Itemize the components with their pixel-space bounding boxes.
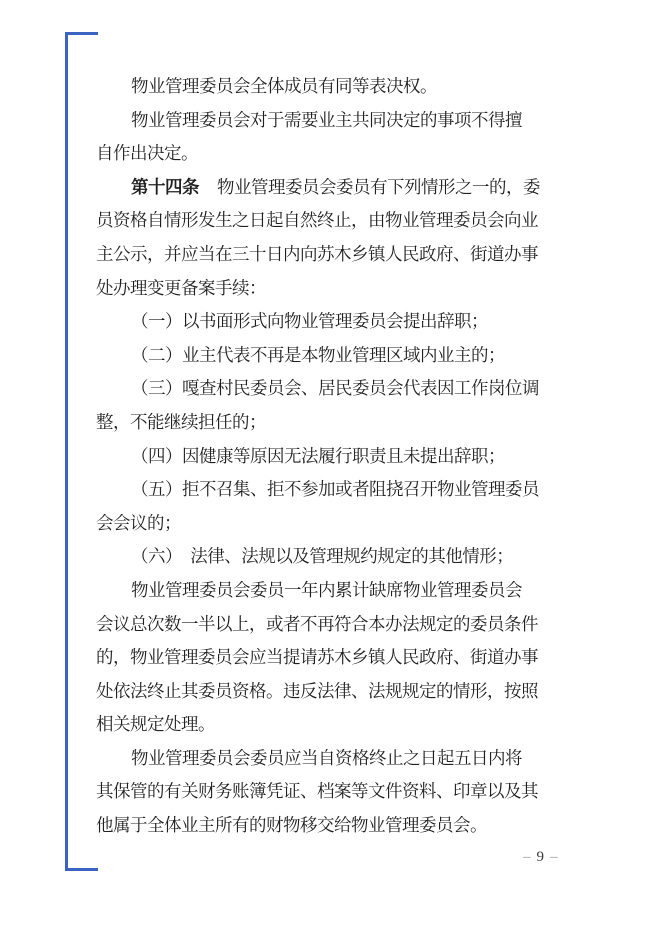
document-line: 第十四条物业管理委员会委员有下列情形之一的，委: [96, 171, 540, 205]
document-line: 他属于全体业主所有的财物移交给物业管理委员会。: [96, 809, 540, 843]
document-line: 物业管理委员会委员应当自资格终止之日起五日内将: [96, 742, 540, 776]
document-line: 的，物业管理委员会应当提请苏木乡镇人民政府、街道办事: [96, 641, 540, 675]
document-line: （三）嘎查村民委员会、居民委员会代表因工作岗位调: [96, 372, 540, 406]
document-line: 会会议的；: [96, 507, 540, 541]
scan-frame-bottom-tick: [65, 868, 98, 871]
page-number-left-dash: –: [518, 849, 537, 865]
document-line: 自作出决定。: [96, 137, 540, 171]
document-text-block: 物业管理委员会全体成员有同等表决权。物业管理委员会对于需要业主共同决定的事项不得…: [96, 70, 540, 843]
page-number-right-dash: –: [545, 849, 564, 865]
document-line: 其保管的有关财务账簿凭证、档案等文件资料、印章以及其: [96, 775, 540, 809]
page-number-value: 9: [537, 849, 546, 865]
document-line: 物业管理委员会对于需要业主共同决定的事项不得擅: [96, 104, 540, 138]
document-line: 物业管理委员会委员一年内累计缺席物业管理委员会: [96, 574, 540, 608]
document-line: 整，不能继续担任的；: [96, 406, 540, 440]
document-line: 主公示，并应当在三十日内向苏木乡镇人民政府、街道办事: [96, 238, 540, 272]
document-line: 物业管理委员会全体成员有同等表决权。: [96, 70, 540, 104]
document-line: 处办理变更备案手续：: [96, 272, 540, 306]
page-number: –9–: [518, 849, 578, 866]
document-line: 员资格自情形发生之日起自然终止，由物业管理委员会向业: [96, 204, 540, 238]
document-line: （五）拒不召集、拒不参加或者阻挠召开物业管理委员: [96, 473, 540, 507]
document-line: （二）业主代表不再是本物业管理区域内业主的；: [96, 339, 540, 373]
document-line: （一）以书面形式向物业管理委员会提出辞职；: [96, 305, 540, 339]
document-line: （四）因健康等原因无法履行职责且未提出辞职；: [96, 440, 540, 474]
document-line: 相关规定处理。: [96, 708, 540, 742]
document-page: 物业管理委员会全体成员有同等表决权。物业管理委员会对于需要业主共同决定的事项不得…: [0, 0, 663, 928]
document-line: （六） 法律、法规以及管理规约规定的其他情形；: [96, 540, 540, 574]
scan-frame-top-tick: [65, 32, 98, 35]
article-number-term: 第十四条: [131, 177, 199, 197]
scan-frame-left-border: [65, 32, 68, 871]
document-line-text: 物业管理委员会委员有下列情形之一的，委: [217, 177, 540, 197]
document-line: 会议总次数一半以上，或者不再符合本办法规定的委员条件: [96, 608, 540, 642]
document-line: 处依法终止其委员资格。违反法律、法规规定的情形，按照: [96, 675, 540, 709]
